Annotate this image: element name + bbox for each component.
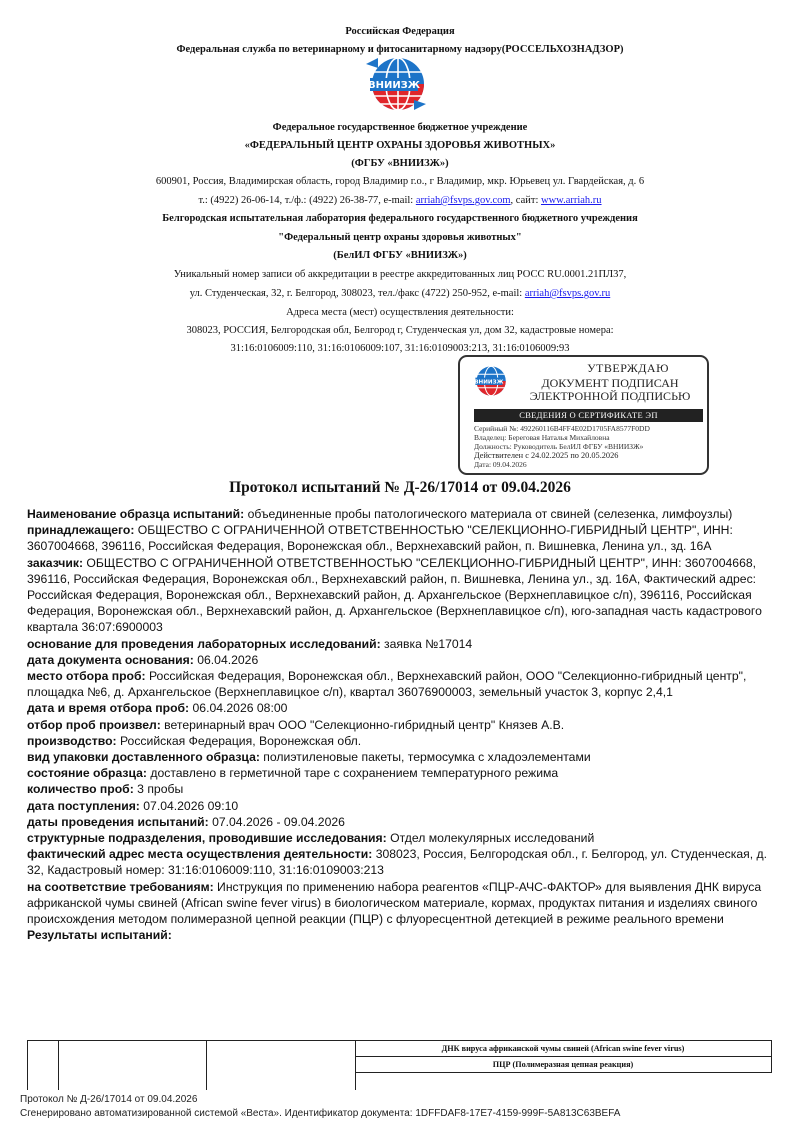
field-label: состояние образца: <box>27 766 147 780</box>
field-label: на соответствие требованиям: <box>27 880 214 894</box>
field-row: структурные подразделения, проводившие и… <box>27 830 777 846</box>
e-signature-stamp: ВНИИЗЖ УТВЕРЖДАЮ ДОКУМЕНТ ПОДПИСАН ЭЛЕКТ… <box>458 355 709 475</box>
field-value: 3 пробы <box>134 782 183 796</box>
lab-email-link[interactable]: arriah@fsvps.gov.ru <box>525 288 610 299</box>
field-label: производство: <box>27 734 117 748</box>
site-link[interactable]: www.arriah.ru <box>541 195 602 206</box>
stamp-cert-header: СВЕДЕНИЯ О СЕРТИФИКАТЕ ЭП <box>474 409 703 422</box>
field-label: количество проб: <box>27 782 134 796</box>
site-label: , сайт: <box>511 195 541 206</box>
table-col-line <box>27 1040 28 1090</box>
field-label: заказчик: <box>27 556 83 570</box>
field-label: Наименование образца испытаний: <box>27 507 244 521</box>
lab-short: (БелИЛ ФГБУ «ВНИИЗЖ») <box>0 249 800 262</box>
field-row: количество проб: 3 пробы <box>27 781 777 797</box>
field-row: состояние образца: доставлено в герметич… <box>27 765 777 781</box>
stamp-cert-info: Серийный №: 492260116B4FF4E02D1705FA8577… <box>474 424 650 469</box>
field-value: ОБЩЕСТВО С ОГРАНИЧЕННОЙ ОТВЕТСТВЕННОСТЬЮ… <box>27 556 762 635</box>
institution-short: (ФГБУ «ВНИИЗЖ») <box>0 157 800 170</box>
field-value: 06.04.2026 08:00 <box>189 701 287 715</box>
table-header-method: ПЦР (Полимеразная цепная реакция) <box>355 1060 771 1069</box>
field-value: ветеринарный врач ООО "Селекционно-гибри… <box>161 718 564 732</box>
activity-label: Адреса места (мест) осуществления деятел… <box>0 306 800 319</box>
field-label: фактический адрес места осуществления де… <box>27 847 372 861</box>
stamp-logo-icon: ВНИИЗЖ <box>472 364 508 398</box>
field-label: дата и время отбора проб: <box>27 701 189 715</box>
email-link[interactable]: arriah@fsvps.gov.com <box>416 195 511 206</box>
results-label: Результаты испытаний: <box>27 927 777 943</box>
field-value: 07.04.2026 09:10 <box>140 799 238 813</box>
protocol-title: Протокол испытаний № Д-26/17014 от 09.04… <box>0 479 800 497</box>
institution-address: 600901, Россия, Владимирская область, го… <box>0 175 800 188</box>
vniizzh-logo: ВНИИЗЖ <box>364 54 428 114</box>
svg-text:ВНИИЗЖ: ВНИИЗЖ <box>474 379 503 385</box>
field-label: место отбора проб: <box>27 669 146 683</box>
stamp-signed-line2: ЭЛЕКТРОННОЙ ПОДПИСЬЮ <box>510 390 710 403</box>
field-row: Наименование образца испытаний: объедине… <box>27 506 777 522</box>
cadastral-numbers: 31:16:0106009:110, 31:16:0106009:107, 31… <box>0 342 800 355</box>
table-col-line <box>58 1040 59 1090</box>
field-value: 06.04.2026 <box>194 653 258 667</box>
field-row: принадлежащего: ОБЩЕСТВО С ОГРАНИЧЕННОЙ … <box>27 522 777 554</box>
footer-protocol: Протокол № Д-26/17014 от 09.04.2026 <box>20 1094 197 1105</box>
field-value: Отдел молекулярных исследований <box>387 831 595 845</box>
stamp-valid: Действителен с 24.02.2025 по 20.05.2026 <box>474 451 650 460</box>
stamp-owner: Владелец: Береговая Наталья Михайловна <box>474 433 650 442</box>
field-label: принадлежащего: <box>27 523 134 537</box>
lab-address-text: ул. Студенческая, 32, г. Белгород, 30802… <box>190 288 525 299</box>
field-row: заказчик: ОБЩЕСТВО С ОГРАНИЧЕННОЙ ОТВЕТС… <box>27 555 777 636</box>
field-value: Российская Федерация, Воронежская обл. <box>117 734 362 748</box>
field-row: фактический адрес места осуществления де… <box>27 846 777 878</box>
field-row: место отбора проб: Российская Федерация,… <box>27 668 777 700</box>
table-row-line <box>355 1072 772 1073</box>
table-border-top <box>27 1040 772 1041</box>
field-value: полиэтиленовые пакеты, термосумка с хлад… <box>260 750 591 764</box>
field-row: отбор проб произвел: ветеринарный врач О… <box>27 717 777 733</box>
field-label: дата поступления: <box>27 799 140 813</box>
stamp-signed: ДОКУМЕНТ ПОДПИСАН ЭЛЕКТРОННОЙ ПОДПИСЬЮ <box>510 377 710 403</box>
institution-contacts: т.: (4922) 26-06-14, т./ф.: (4922) 26-38… <box>0 194 800 207</box>
institution-name: «ФЕДЕРАЛЬНЫЙ ЦЕНТР ОХРАНЫ ЗДОРОВЬЯ ЖИВОТ… <box>0 139 800 152</box>
globe-logo-icon: ВНИИЗЖ <box>364 54 428 114</box>
field-label: основание для проведения лабораторных ис… <box>27 637 381 651</box>
table-col-line <box>206 1040 207 1090</box>
field-value: заявка №17014 <box>381 637 473 651</box>
field-row: на соответствие требованиям: Инструкция … <box>27 879 777 928</box>
field-label: отбор проб произвел: <box>27 718 161 732</box>
field-row: основание для проведения лабораторных ис… <box>27 636 777 652</box>
lab-name: Белгородская испытательная лаборатория ф… <box>0 212 800 225</box>
stamp-serial: Серийный №: 492260116B4FF4E02D1705FA8577… <box>474 424 650 433</box>
field-value: объединенные пробы патологического матер… <box>244 507 732 521</box>
stamp-date: Дата: 09.04.2026 <box>474 460 650 469</box>
field-row: дата документа основания: 06.04.2026 <box>27 652 777 668</box>
field-label: даты проведения испытаний: <box>27 815 209 829</box>
lab-address: ул. Студенческая, 32, г. Белгород, 30802… <box>0 287 800 300</box>
field-label: вид упаковки доставленного образца: <box>27 750 260 764</box>
field-label: структурные подразделения, проводившие и… <box>27 831 387 845</box>
protocol-fields: Наименование образца испытаний: объедине… <box>27 506 777 943</box>
field-row: вид упаковки доставленного образца: поли… <box>27 749 777 765</box>
institution-type: Федеральное государственное бюджетное уч… <box>0 121 800 134</box>
svg-text:ВНИИЗЖ: ВНИИЗЖ <box>368 80 421 91</box>
field-row: производство: Российская Федерация, Воро… <box>27 733 777 749</box>
field-value: доставлено в герметичной таре с сохранен… <box>147 766 558 780</box>
field-row: дата и время отбора проб: 06.04.2026 08:… <box>27 700 777 716</box>
footer-generated: Сгенерировано автоматизированной системо… <box>20 1108 620 1119</box>
table-row-line <box>355 1056 772 1057</box>
contacts-text: т.: (4922) 26-06-14, т./ф.: (4922) 26-38… <box>198 195 415 206</box>
lab-center: "Федеральный центр охраны здоровья живот… <box>0 231 800 244</box>
activity-address: 308023, РОССИЯ, Белгородская обл, Белгор… <box>0 324 800 337</box>
field-row: даты проведения испытаний: 07.04.2026 - … <box>27 814 777 830</box>
field-value: 07.04.2026 - 09.04.2026 <box>209 815 345 829</box>
field-label: дата документа основания: <box>27 653 194 667</box>
table-header-target: ДНК вируса африканской чумы свиней (Afri… <box>355 1044 771 1053</box>
stamp-approve: УТВЕРЖДАЮ <box>548 361 708 376</box>
accreditation: Уникальный номер записи об аккредитации … <box>0 268 800 281</box>
field-row: дата поступления: 07.04.2026 09:10 <box>27 798 777 814</box>
stamp-position: Должность: Руководитель БелИЛ ФГБУ «ВНИИ… <box>474 442 650 451</box>
country-heading: Российская Федерация <box>0 25 800 38</box>
results-table: ДНК вируса африканской чумы свиней (Afri… <box>27 1040 772 1090</box>
